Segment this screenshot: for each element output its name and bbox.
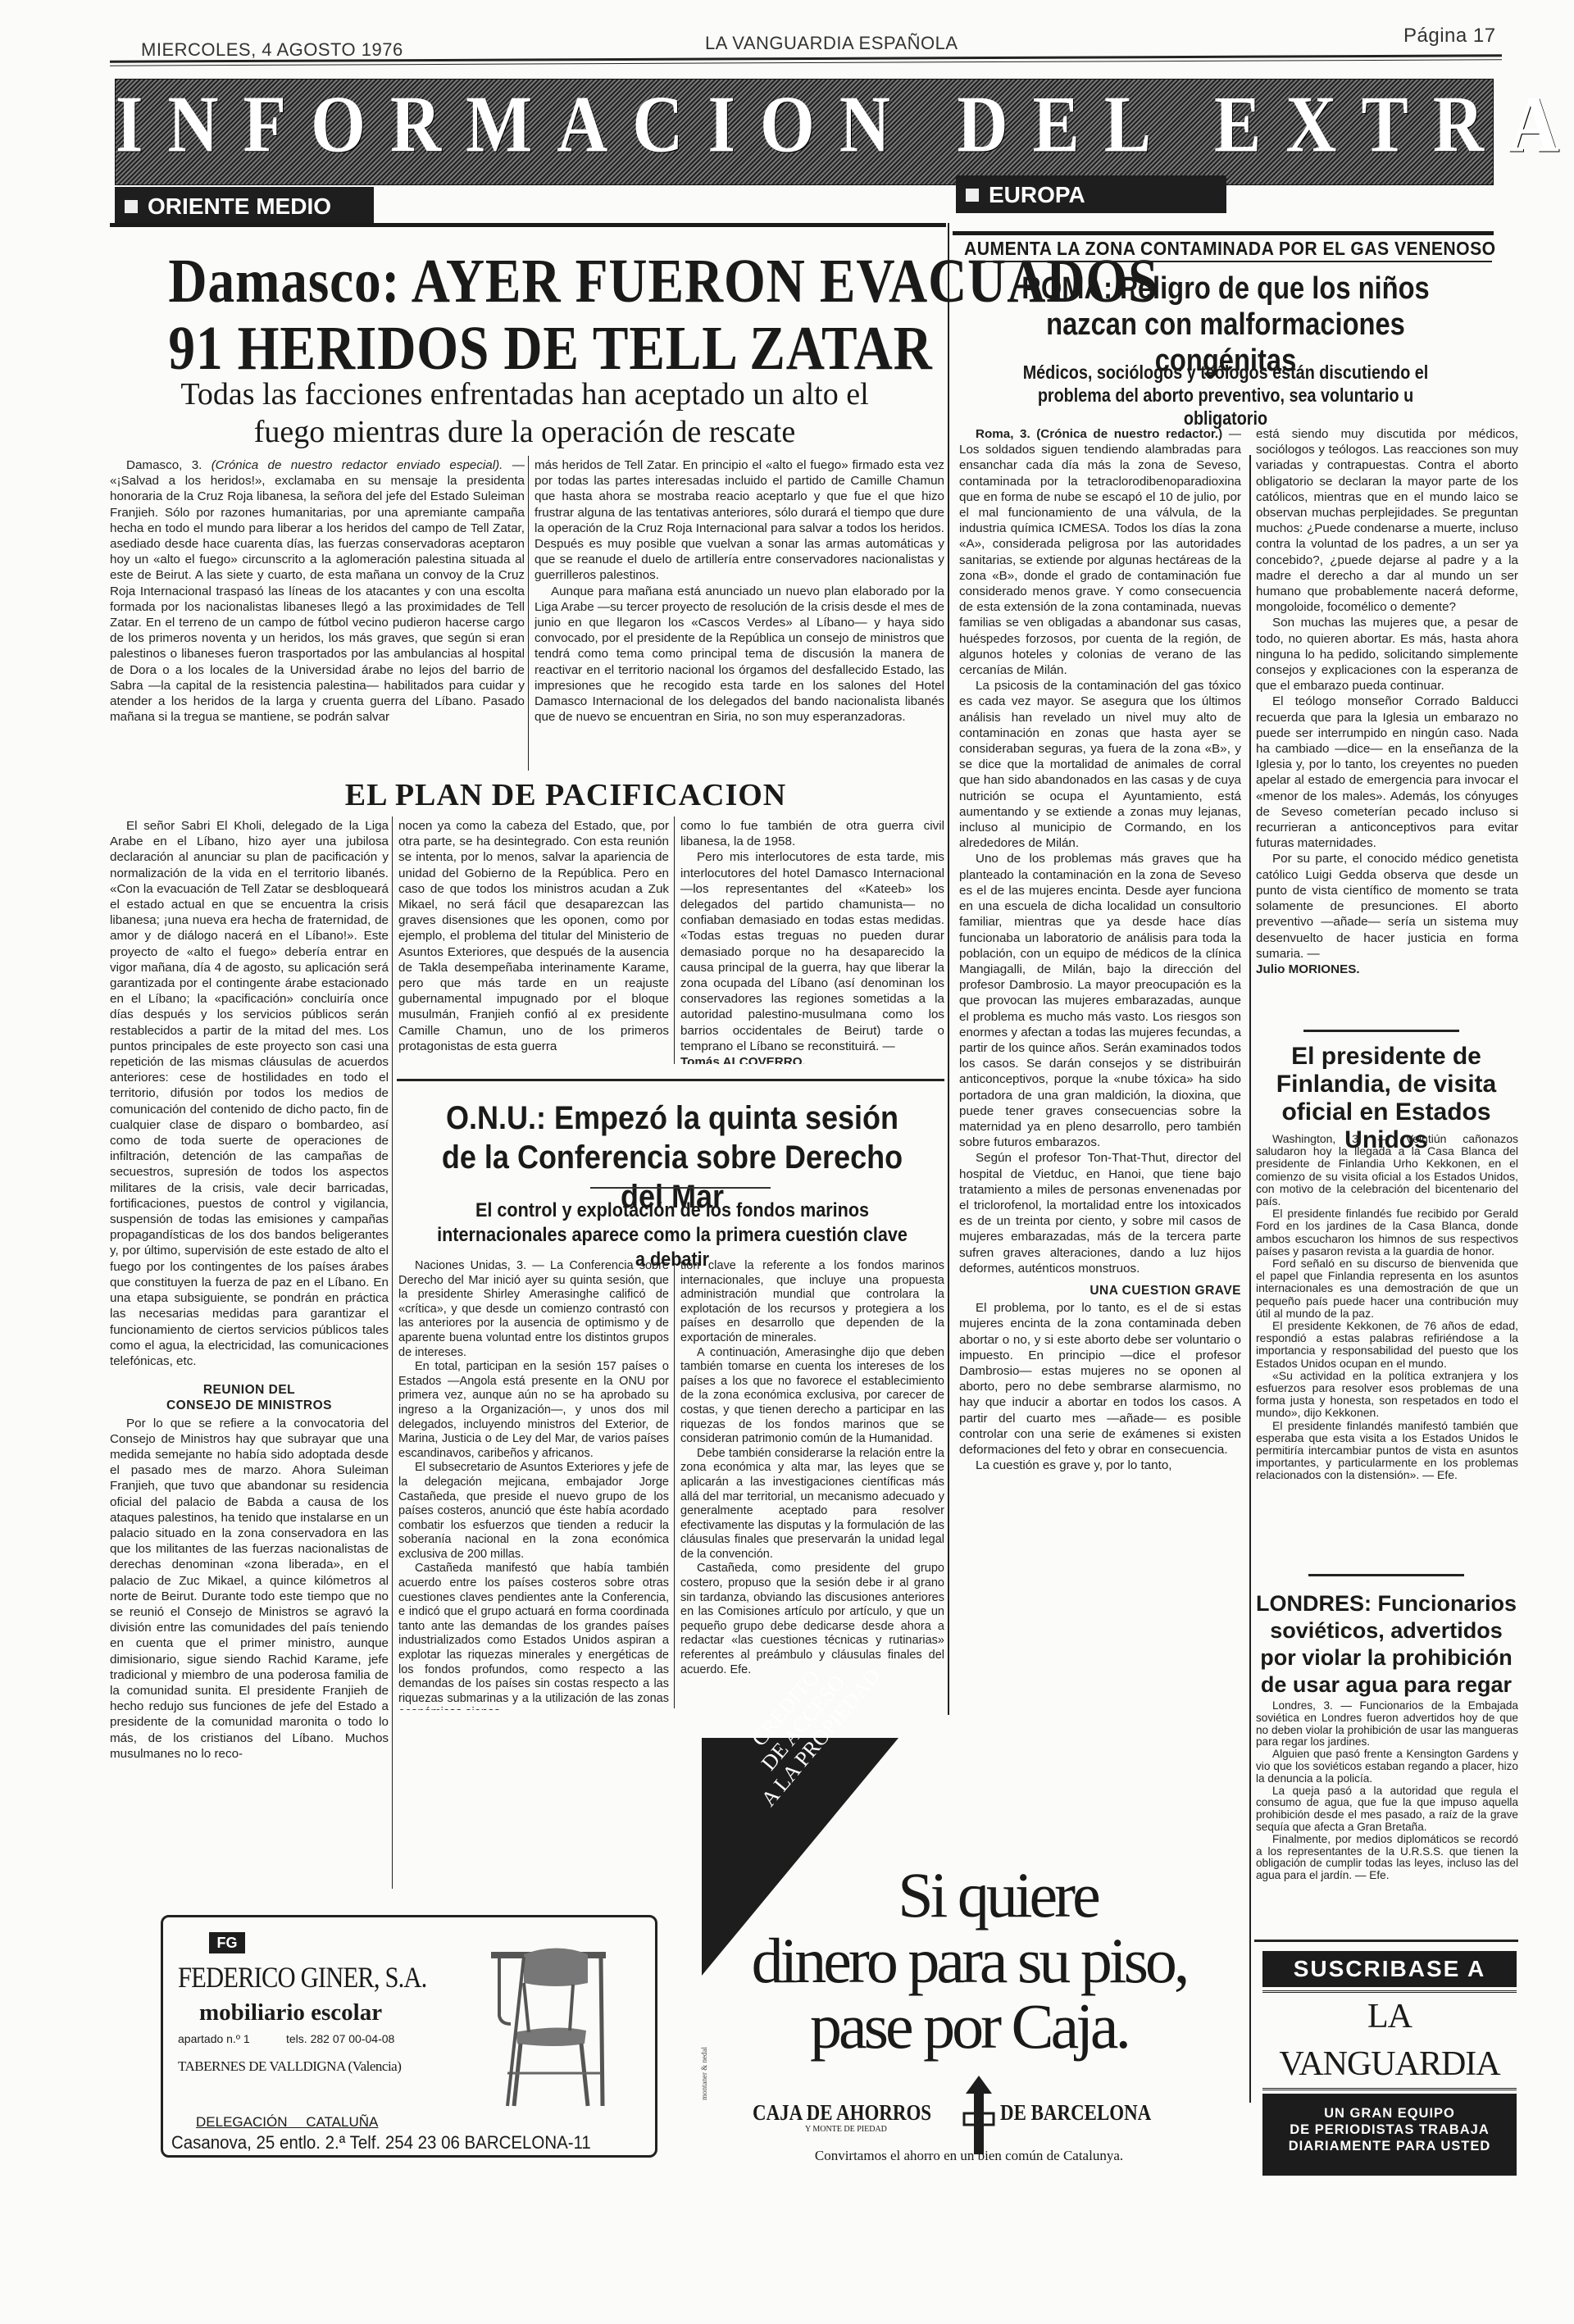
ad-bank-sub: Y MONTE DE PIEDAD: [805, 2125, 887, 2134]
paragraph: La cuestión es grave y, por lo tanto,: [959, 1458, 1241, 1473]
byline: Tomás ALCOVERRO.: [680, 1054, 944, 1064]
square-bullet-icon: [125, 200, 138, 213]
ad-caja-tagline: Convirtamos el ahorro en un bien común d…: [690, 2148, 1248, 2164]
article-damasco-col1: Damasco, 3. (Crónica de nuestro redactor…: [110, 457, 525, 772]
headline-londres: LONDRES: Funcionarios soviéticos, advert…: [1254, 1590, 1518, 1699]
paragraph: — «¡Salvad a los heridos!», exclamaba en…: [110, 458, 525, 724]
headline-plan-pacificacion: EL PLAN DE PACIFICACION: [303, 777, 828, 813]
subsection-title-reunion: REUNION DEL CONSEJO DE MINISTROS: [110, 1382, 389, 1413]
paragraph: La psicosis de la contaminación del gas …: [959, 678, 1241, 851]
caja-barcelona-emblem-icon: [961, 2076, 997, 2154]
article-plan-col3: como lo fue también de otra guerra civil…: [680, 818, 944, 1064]
ad-bank-name-right: DE BARCELONA: [1000, 2100, 1151, 2126]
headline-damasco-line2: 91 HERIDOS DE TELL ZATAR: [168, 313, 887, 384]
giner-tagline: mobiliario escolar: [199, 1999, 382, 2026]
paragraph: nocen ya como la cabeza del Estado, que,…: [398, 818, 669, 1054]
paragraph: El presidente finlandés manifestó tambié…: [1256, 1420, 1518, 1482]
section-rule-left: [110, 223, 946, 227]
masthead-date: MIERCOLES, 4 AGOSTO 1976: [141, 39, 403, 61]
giner-company-name: FEDERICO GINER, S.A.: [178, 1960, 426, 1994]
article-onu-col1: Naciones Unidas, 3. — La Conferencia sob…: [398, 1259, 669, 1710]
paragraph: El teólogo monseñor Corrado Balducci rec…: [1256, 694, 1518, 851]
paragraph: «Su actividad en la política extranjera …: [1256, 1370, 1518, 1420]
giner-delegation: DELEGACIÓN CATALUÑA: [196, 2114, 378, 2131]
giner-location: TABERNES DE VALLDIGNA (Valencia): [178, 2058, 401, 2075]
subsection-title-cuestion-grave: UNA CUESTION GRAVE: [959, 1283, 1241, 1298]
subhead-damasco: Todas las facciones enfrentadas han acep…: [156, 375, 894, 451]
banner-title: INFORMACION DEL EXTRANJERO: [116, 73, 1493, 175]
section-tag-label: ORIENTE MEDIO: [148, 193, 331, 220]
paragraph: Londres, 3. — Funcionarios de la Embajad…: [1256, 1700, 1518, 1749]
paragraph: Debe también considerarse la relación en…: [680, 1447, 944, 1562]
paragraph: Ford señaló en su discurso de bienvenida…: [1256, 1258, 1518, 1320]
slogan-line: pase por Caja.: [690, 1994, 1248, 2059]
column-divider: [528, 456, 529, 771]
paragraph: como lo fue también de otra guerra civil…: [680, 818, 944, 849]
ad-top-rule: [1254, 1940, 1518, 1942]
paragraph: Según el profesor Ton-That-Thut, directo…: [959, 1150, 1241, 1276]
column-divider: [674, 1258, 675, 1708]
ad-brand-la-vanguardia: LA VANGUARDIA: [1262, 1993, 1517, 2088]
ad-bank-name-left: CAJA DE AHORROS: [753, 2100, 931, 2126]
article-separator: [1303, 1030, 1459, 1032]
dateline-note: (Crónica de nuestro redactor enviado esp…: [212, 458, 503, 472]
ad-suscribase-label: SUSCRIBASE A: [1262, 1951, 1517, 1987]
article-londres-body: Londres, 3. — Funcionarios de la Embajad…: [1256, 1700, 1518, 1946]
ad-suscripcion[interactable]: SUSCRIBASE A LA VANGUARDIA UN GRAN EQUIP…: [1262, 1951, 1517, 2176]
article-roma-col2: está siendo muy discutida por médicos, s…: [1256, 426, 1518, 1016]
section-banner: INFORMACION DEL EXTRANJERO: [115, 79, 1494, 185]
paragraph: más heridos de Tell Zatar. En principio …: [535, 457, 944, 584]
ad-federico-giner[interactable]: FG FEDERICO GINER, S.A. mobiliario escol…: [161, 1915, 657, 2158]
dateline: Roma, 3. (Crónica de nuestro redactor.): [976, 427, 1222, 441]
paragraph: Finalmente, por medios diplomáticos se r…: [1256, 1834, 1518, 1882]
subhead-roma: Médicos, sociólogos y teólogos están dis…: [1003, 361, 1448, 430]
paragraph: Naciones Unidas, 3. — La Conferencia sob…: [398, 1259, 669, 1360]
paragraph: Pero mis interlocutores de esta tarde, m…: [680, 849, 944, 1054]
paragraph: El subsecretario de Asuntos Exteriores y…: [398, 1461, 669, 1562]
paragraph: Por lo que se refiere a la convocatoria …: [110, 1416, 389, 1762]
byline: Julio MORIONES.: [1256, 962, 1518, 977]
article-damasco-col2: más heridos de Tell Zatar. En principio …: [535, 457, 944, 772]
headline-damasco-line1: Damasco: AYER FUERON EVACUADOS: [168, 246, 887, 316]
tagline-line: DIARIAMENTE PARA USTED: [1262, 2138, 1517, 2154]
section-tag-oriente-medio: ORIENTE MEDIO: [115, 187, 374, 225]
paragraph: Por su parte, el conocido médico genetis…: [1256, 851, 1518, 961]
slogan-line: dinero para su piso,: [690, 1928, 1248, 1994]
paragraph: — Los soldados siguen tendiendo alambrad…: [959, 427, 1241, 677]
article-separator: [397, 1079, 944, 1081]
paragraph: El problema, por lo tanto, es el de si e…: [959, 1300, 1241, 1458]
giner-phones: tels. 282 07 00-04-08: [286, 2032, 394, 2045]
paragraph: Aunque para mañana está anunciado un nue…: [535, 584, 944, 725]
ad-agency-credit: montaner & nedal: [700, 2047, 708, 2100]
giner-apartado: apartado n.º 1: [178, 2032, 250, 2045]
paragraph: Washington, 3. — Veintiún cañonazos salu…: [1256, 1133, 1518, 1207]
headline-rule: [590, 1187, 771, 1189]
paragraph: tión clave la referente a los fondos mar…: [680, 1259, 944, 1346]
section-rule-right: [953, 231, 1494, 235]
giner-address: Casanova, 25 entlo. 2.ª Telf. 254 23 06 …: [171, 2132, 591, 2153]
column-divider: [392, 816, 393, 1889]
tagline-line: UN GRAN EQUIPO: [1262, 2105, 1517, 2122]
ad-slogan: Si quiere dinero para su piso, pase por …: [690, 1862, 1248, 2059]
slogan-line: Si quiere: [690, 1862, 1248, 1928]
masthead-paper-name: LA VANGUARDIA ESPAÑOLA: [705, 33, 958, 54]
paragraph: Son muchas las mujeres que, a pesar de t…: [1256, 615, 1518, 694]
article-plan-col2: nocen ya como la cabeza del Estado, que,…: [398, 818, 669, 1064]
dateline: Damasco, 3.: [126, 458, 202, 472]
column-divider: [674, 816, 675, 1064]
article-separator: [1308, 1574, 1464, 1576]
ad-suscripcion-tagline: UN GRAN EQUIPO DE PERIODISTAS TRABAJA DI…: [1262, 2094, 1517, 2176]
square-bullet-icon: [966, 189, 979, 202]
paragraph: Alguien que pasó frente a Kensington Gar…: [1256, 1749, 1518, 1785]
column-divider: [1249, 455, 1251, 2103]
school-desk-chair-icon: [491, 1942, 614, 2122]
giner-logo: FG: [209, 1932, 245, 1953]
kicker-underline: [976, 261, 1492, 262]
paragraph: está siendo muy discutida por médicos, s…: [1256, 426, 1518, 615]
paragraph: En total, participan en la sesión 157 pa…: [398, 1360, 669, 1461]
section-tag-label: EUROPA: [989, 182, 1085, 208]
subsection-title-line: REUNION DEL: [110, 1382, 389, 1398]
paragraph: El señor Sabri El Kholi, delegado de la …: [110, 818, 389, 1369]
paragraph: A continuación, Amerasinghe dijo que deb…: [680, 1346, 944, 1447]
paragraph: El presidente Kekkonen, de 76 años de ed…: [1256, 1320, 1518, 1370]
kicker-roma: AUMENTA LA ZONA CONTAMINADA POR EL GAS V…: [964, 238, 1447, 260]
article-plan-col1: El señor Sabri El Kholi, delegado de la …: [110, 818, 389, 1890]
subsection-title-line: CONSEJO DE MINISTROS: [110, 1398, 389, 1413]
article-roma-col1: Roma, 3. (Crónica de nuestro redactor.) …: [959, 426, 1241, 1713]
tagline-line: DE PERIODISTAS TRABAJA: [1262, 2122, 1517, 2138]
ad-rule: [1262, 2088, 1517, 2090]
paragraph: Castañeda manifestó que había también ac…: [398, 1562, 669, 1710]
masthead-page-number: Página 17: [1403, 25, 1496, 48]
article-finlandia-body: Washington, 3. — Veintiún cañonazos salu…: [1256, 1133, 1518, 1559]
section-tag-europa: EUROPA: [956, 175, 1226, 213]
paragraph: Uno de los problemas más graves que ha p…: [959, 851, 1241, 1150]
article-onu-col2: tión clave la referente a los fondos mar…: [680, 1259, 944, 1710]
ad-caja-barcelona[interactable]: CREDITO DE ACCESO A LA PROPIEDAD Si quie…: [690, 1715, 1248, 2171]
paragraph: El presidente finlandés fue recibido por…: [1256, 1207, 1518, 1258]
column-divider: [948, 223, 949, 1715]
paragraph: La queja pasó a la autoridad que regula …: [1256, 1785, 1518, 1834]
